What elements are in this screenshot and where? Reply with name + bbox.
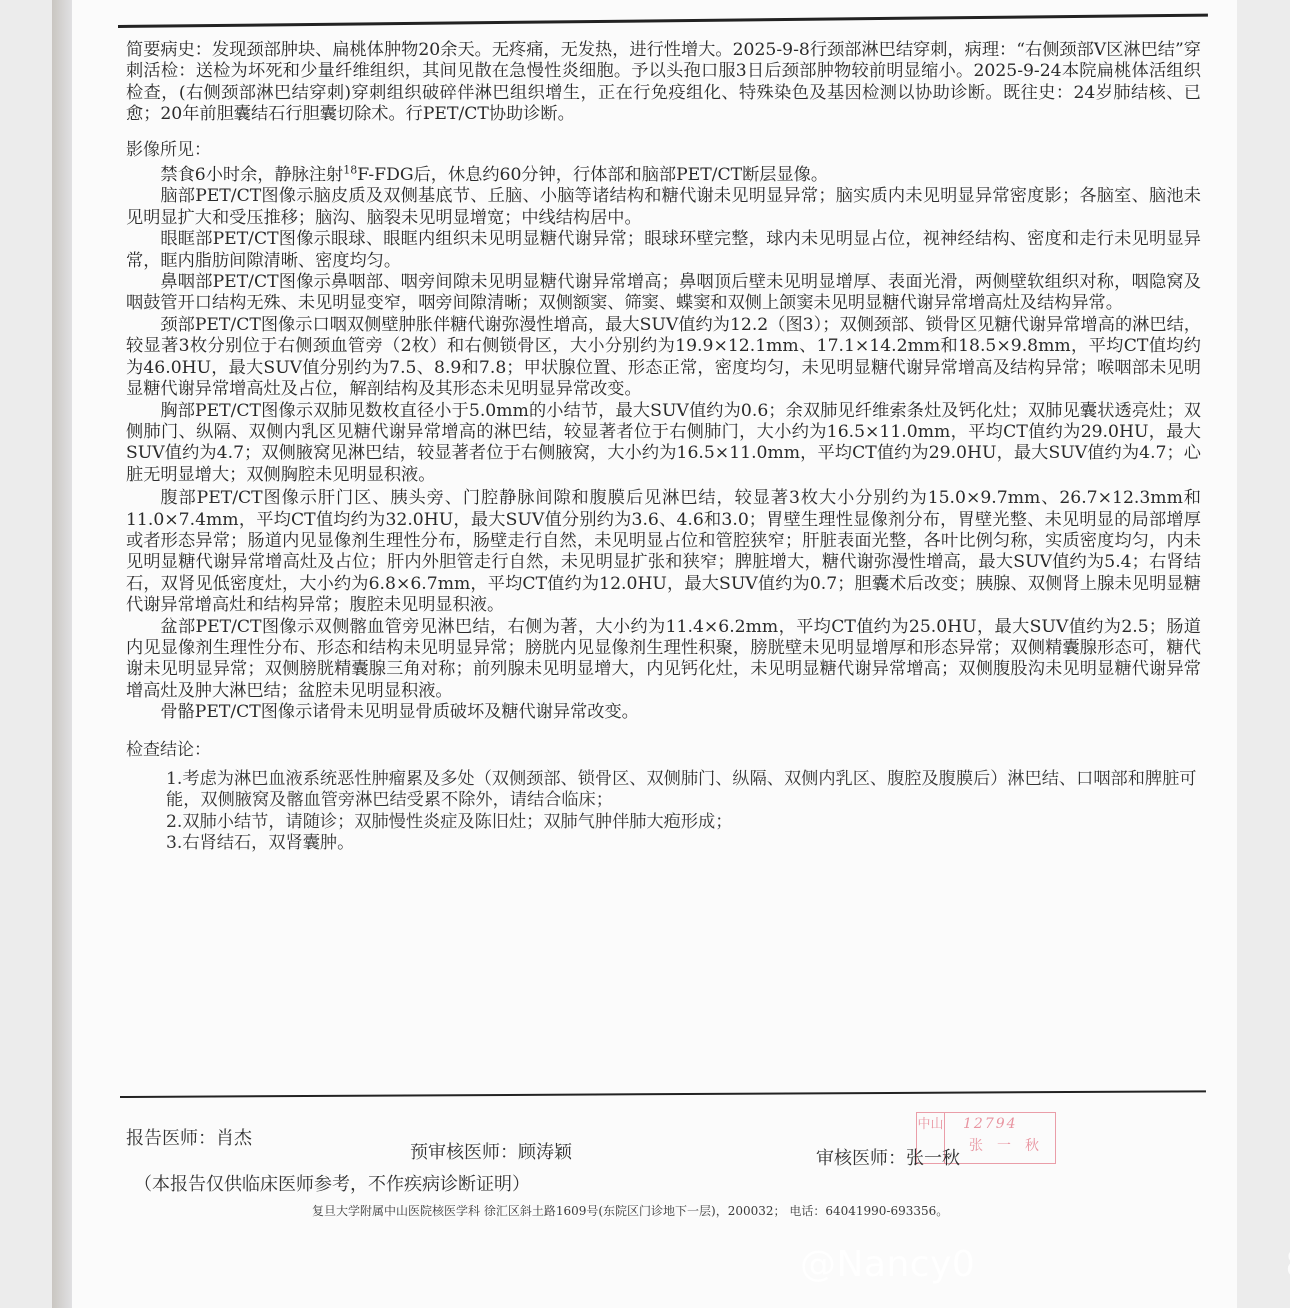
stamp-number: 12794 bbox=[963, 1115, 1018, 1133]
disclaimer: （本报告仅供临床医师参考，不作疾病诊断证明） bbox=[134, 1170, 530, 1196]
findings-bone: 骨骼PET/CT图像示诸骨未见明显骨质破坏及糖代谢异常改变。 bbox=[126, 702, 1201, 723]
findings-pelvis: 盆部PET/CT图像示双侧髂血管旁见淋巴结，右侧为著，大小约为11.4×6.2m… bbox=[126, 617, 1201, 703]
photo-frame: 简要病史：发现颈部肿块、扁桃体肿物20余天。无疼痛，无发热，进行性增大。2025… bbox=[0, 0, 1290, 1308]
conclusion-heading: 检查结论： bbox=[126, 740, 1201, 761]
watermark: @Nancy086 bbox=[800, 1244, 1290, 1285]
conclusion-list: 1.考虑为淋巴血液系统恶性肿瘤累及多处（双侧颈部、锁骨区、双侧肺门、纵隔、双侧内… bbox=[126, 769, 1201, 855]
report-body: 简要病史：发现颈部肿块、扁桃体肿物20余天。无疼痛，无发热，进行性增大。2025… bbox=[126, 40, 1201, 855]
findings-nasopharynx: 鼻咽部PET/CT图像示鼻咽部、咽旁间隙未见明显糖代谢异常增高；鼻咽顶后壁未见明… bbox=[126, 272, 1201, 315]
brief-history: 简要病史：发现颈部肿块、扁桃体肿物20余天。无疼痛，无发热，进行性增大。2025… bbox=[126, 40, 1201, 126]
findings-chest: 胸部PET/CT图像示双肺见数枚直径小于5.0mm的小结节，最大SUV值约为0.… bbox=[126, 401, 1201, 487]
findings-preparation: 禁食6小时余，静脉注射18F-FDG后，休息约60分钟，行体部和脑部PET/CT… bbox=[126, 165, 1201, 186]
reviewing-physician: 审核医师：张一秋 bbox=[816, 1144, 960, 1170]
page-edge-shadow bbox=[52, 0, 74, 1308]
findings-abdomen: 腹部PET/CT图像示肝门区、胰头旁、门腔静脉间隙和腹膜后见淋巴结，较显著3枚大… bbox=[126, 488, 1201, 616]
preparation-prefix: 禁食6小时余，静脉注射 bbox=[160, 165, 343, 185]
findings-heading: 影像所见： bbox=[126, 140, 1201, 161]
tracer-isotope-superscript: 18 bbox=[343, 163, 357, 176]
conclusion-item: 2.双肺小结节，请随诊；双肺慢性炎症及陈旧灶；双肺气肿伴肺大疱形成； bbox=[166, 812, 1201, 833]
hospital-address: 复旦大学附属中山医院核医学科 徐汇区斜土路1609号(东院区门诊地下一层)，20… bbox=[312, 1202, 948, 1219]
signature-block: 报告医师：肖杰 预审核医师：顾涛颖 中山 12794 张一秋 审核医师：张一秋 … bbox=[126, 1120, 1206, 1230]
findings-brain: 脑部PET/CT图像示脑皮质及双侧基底节、丘脑、小脑等诸结构和糖代谢未见明显异常… bbox=[126, 186, 1201, 229]
watermark-head: @Nancy0 bbox=[800, 1244, 975, 1285]
pre-review-physician: 预审核医师：顾涛颖 bbox=[410, 1138, 572, 1164]
findings-neck: 颈部PET/CT图像示口咽双侧壁肿胀伴糖代谢弥漫性增高，最大SUV值约为12.2… bbox=[126, 315, 1201, 401]
stamp-name: 张一秋 bbox=[969, 1137, 1053, 1155]
watermark-tail: 86 bbox=[1285, 1244, 1290, 1285]
preparation-suffix: F-FDG后，休息约60分钟，行体部和脑部PET/CT断层显像。 bbox=[357, 165, 828, 185]
findings-orbit: 眼眶部PET/CT图像示眼球、眼眶内组织未见明显糖代谢异常；眼球环壁完整，球内未… bbox=[126, 229, 1201, 272]
conclusion-item: 1.考虑为淋巴血液系统恶性肿瘤累及多处（双侧颈部、锁骨区、双侧肺门、纵隔、双侧内… bbox=[166, 769, 1201, 812]
reporting-physician: 报告医师：肖杰 bbox=[126, 1124, 252, 1150]
conclusion-item: 3.右肾结石，双肾囊肿。 bbox=[166, 833, 1201, 854]
